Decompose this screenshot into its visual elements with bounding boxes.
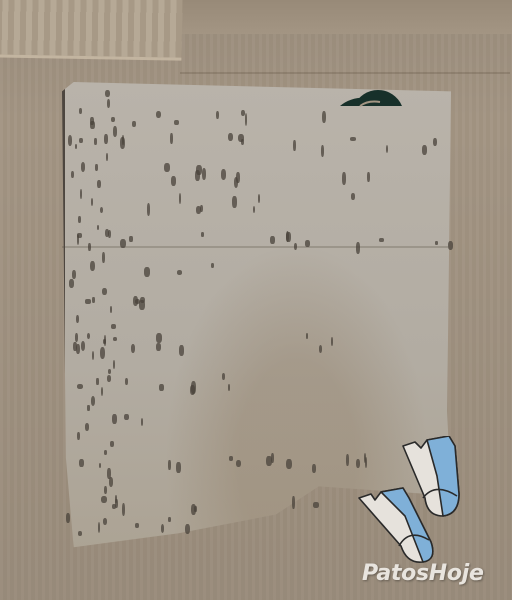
ink-speck — [228, 133, 233, 141]
ink-speck — [111, 324, 116, 329]
ink-speck — [66, 513, 70, 523]
ink-speck — [95, 164, 98, 171]
ink-speck — [85, 299, 90, 304]
ink-speck — [367, 172, 370, 182]
ink-speck — [286, 232, 290, 242]
ink-speck — [170, 133, 173, 143]
ink-speck — [433, 138, 437, 146]
ink-speck — [351, 193, 355, 200]
ink-speck — [222, 373, 225, 380]
ink-speck — [77, 384, 83, 389]
ink-speck — [113, 337, 117, 342]
ink-speck — [331, 337, 333, 345]
ink-speck — [90, 117, 93, 125]
ink-speck — [322, 111, 326, 124]
ink-speck — [110, 441, 114, 447]
ink-speck — [135, 523, 139, 528]
ink-speck — [133, 296, 138, 306]
ink-speck — [129, 236, 132, 242]
ink-speck — [305, 240, 310, 246]
ink-speck — [147, 203, 150, 215]
ink-speck — [104, 134, 108, 144]
partial-logo-icon — [340, 72, 406, 108]
ink-speck — [101, 387, 103, 396]
ink-speck — [113, 126, 117, 137]
ink-speck — [306, 333, 308, 339]
ink-speck — [216, 111, 219, 119]
ink-speck — [71, 171, 74, 178]
ink-speck — [124, 414, 129, 420]
ink-speck — [108, 230, 111, 238]
ink-speck — [103, 518, 107, 525]
ink-speck — [379, 238, 383, 242]
ink-speck — [105, 90, 110, 97]
ink-speck — [97, 180, 101, 188]
ink-speck — [125, 378, 128, 385]
ink-speck — [422, 145, 427, 155]
ink-speck — [102, 252, 105, 263]
ink-speck — [319, 345, 323, 352]
ink-speck — [88, 243, 91, 251]
ink-speck — [346, 454, 349, 465]
ink-speck — [321, 145, 324, 156]
ink-speck — [122, 135, 124, 145]
ink-speck — [448, 241, 453, 250]
ink-speck — [164, 163, 170, 172]
ink-speck — [109, 477, 114, 487]
ink-speck — [120, 239, 126, 248]
ink-speck — [159, 384, 163, 391]
ink-speck — [87, 405, 89, 411]
watermark-text: PatosHoje — [362, 561, 484, 586]
ink-speck — [80, 189, 82, 199]
ink-speck — [292, 496, 295, 509]
ink-speck — [294, 243, 297, 250]
ink-speck — [104, 450, 107, 455]
ink-speck — [232, 196, 237, 208]
ink-speck — [132, 121, 136, 127]
ink-speck — [156, 333, 162, 343]
ink-speck — [92, 297, 95, 303]
ink-speck — [176, 462, 180, 473]
ink-speck — [79, 459, 84, 467]
ink-speck — [271, 453, 274, 463]
ink-speck — [350, 137, 356, 141]
ink-speck — [102, 288, 107, 295]
ink-speck — [185, 524, 190, 534]
ink-speck — [156, 343, 161, 351]
ink-speck — [72, 270, 76, 279]
ink-speck — [94, 138, 97, 145]
ink-speck — [174, 120, 179, 125]
ink-speck — [356, 242, 360, 254]
ink-speck — [342, 172, 346, 185]
box-top-edge — [170, 0, 512, 34]
ink-speck — [144, 267, 150, 276]
ink-speck — [171, 176, 176, 186]
ink-speck — [140, 297, 145, 303]
ink-speck — [104, 335, 106, 346]
ink-speck — [104, 486, 107, 494]
ink-speck — [112, 414, 117, 424]
ink-speck — [90, 261, 95, 271]
ink-speck — [100, 347, 105, 359]
ink-speck — [122, 503, 125, 515]
torn-tape-flap — [0, 0, 183, 61]
ink-speck — [79, 138, 82, 144]
ink-speck — [270, 236, 274, 243]
ink-speck — [195, 170, 200, 181]
ink-speck — [101, 496, 107, 503]
cardboard-photo: PatosHoje — [0, 0, 512, 600]
ink-speck — [106, 153, 108, 161]
ink-speck — [293, 140, 296, 151]
ink-speck — [156, 111, 161, 118]
ink-speck — [76, 315, 79, 323]
ink-speck — [313, 502, 319, 508]
ink-speck — [236, 172, 240, 183]
ink-speck — [253, 206, 255, 214]
ink-speck — [73, 342, 76, 351]
ink-speck — [81, 162, 86, 172]
ink-speck — [168, 460, 170, 469]
ink-speck — [221, 169, 227, 179]
ink-speck — [190, 385, 195, 395]
ink-speck — [435, 241, 438, 245]
ink-speck — [258, 194, 261, 202]
ink-speck — [96, 378, 98, 385]
ink-speck — [201, 232, 204, 236]
ink-speck — [79, 108, 82, 114]
ink-speck — [68, 135, 72, 146]
ink-speck — [202, 168, 206, 180]
ink-speck — [286, 459, 291, 470]
ink-speck — [77, 432, 80, 440]
ink-speck — [191, 504, 196, 515]
ink-speck — [168, 517, 171, 522]
ink-speck — [238, 134, 244, 142]
ink-speck — [179, 345, 184, 355]
ink-speck — [69, 279, 74, 288]
ink-speck — [141, 418, 144, 425]
